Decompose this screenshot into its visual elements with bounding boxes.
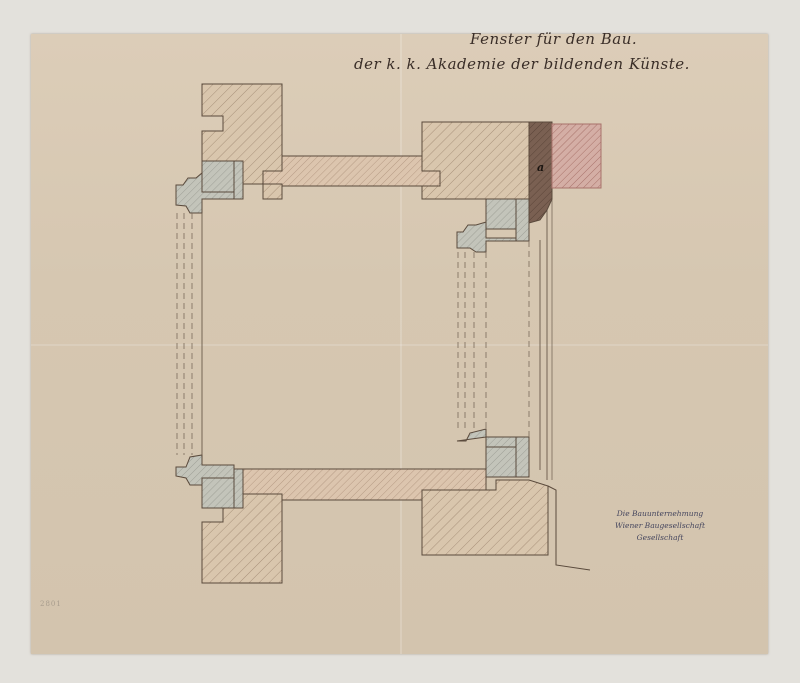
bottom-left-window-frame: [176, 455, 243, 508]
right-outer-reveal-line: [548, 486, 590, 570]
title-line-2: der k. k. Akademie der bildenden Künste.: [354, 55, 690, 73]
signature-block: Die Bauunternehmung Wiener Baugesellscha…: [600, 508, 720, 544]
signature-line-2: Wiener Baugesellschaft: [600, 520, 720, 532]
bottom-right-wall-block: [422, 480, 548, 555]
title-line-1: Fenster für den Bau.: [470, 30, 637, 48]
window-section-drawing: [0, 0, 800, 683]
signature-line-3: Gesellschaft: [600, 532, 720, 544]
inventory-mark: 2801: [40, 600, 62, 608]
top-left-window-frame: [176, 161, 243, 213]
top-right-window-frame: [457, 199, 529, 252]
section-label-a: a: [537, 161, 544, 174]
signature-line-1: Die Bauunternehmung: [600, 508, 720, 520]
right-projection-lines: [458, 241, 529, 437]
top-lintel-beam: [263, 156, 440, 186]
top-right-wall-block: [422, 122, 529, 199]
red-brick-section: [552, 124, 601, 188]
left-projection-lines: [177, 213, 192, 455]
